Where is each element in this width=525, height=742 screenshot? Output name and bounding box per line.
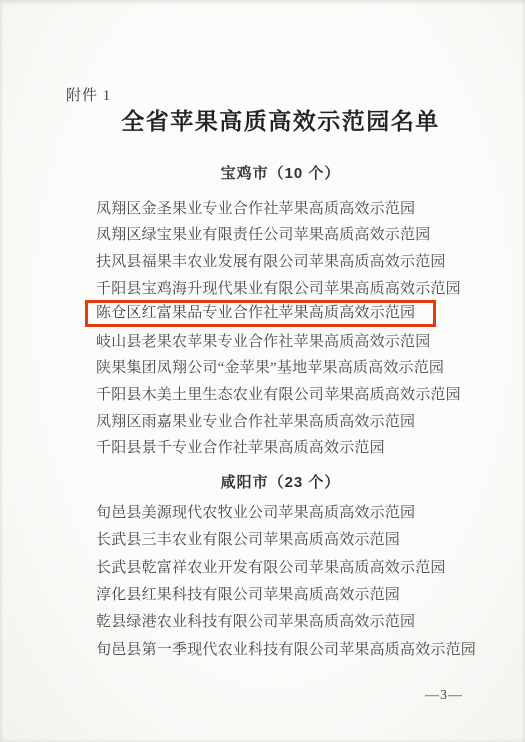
list-item-text: 凤翔区雨嘉果业专业合作社苹果高质高效示范园 bbox=[96, 410, 415, 431]
list-item-text: 千阳县宝鸡海升现代果业有限公司苹果高质高效示范园 bbox=[96, 277, 461, 298]
list-item: 旬邑县美源现代农牧业公司苹果高质高效示范园 bbox=[96, 498, 505, 525]
list-item: 乾县绿港农业科技有限公司苹果高质高效示范园 bbox=[96, 607, 505, 634]
list-item-text: 凤翔区金圣果业专业合作社苹果高质高效示范园 bbox=[96, 197, 415, 218]
list-item: 凤翔区金圣果业专业合作社苹果高质高效示范园 bbox=[96, 194, 505, 221]
scanned-document-page: 附件 1 全省苹果高质高效示范园名单 宝鸡市（10 个） 凤翔区金圣果业专业合作… bbox=[0, 0, 525, 742]
list-item: 千阳县木美土里生态农业有限公司苹果高质高效示范园 bbox=[96, 380, 505, 407]
list-item: 长武县乾富祥农业开发有限公司苹果高质高效示范园 bbox=[96, 553, 505, 580]
list-item-text: 千阳县景千专业合作社苹果高质高效示范园 bbox=[96, 436, 385, 457]
list-item: 凤翔区雨嘉果业专业合作社苹果高质高效示范园 bbox=[96, 407, 505, 434]
list-item-text: 淳化县红果科技有限公司苹果高质高效示范园 bbox=[96, 583, 400, 604]
highlighted-list-item: 陈仓区红富果品专业合作社苹果高质高效示范园 bbox=[96, 300, 505, 327]
list-item-text: 旬邑县美源现代农牧业公司苹果高质高效示范园 bbox=[96, 501, 415, 522]
list-item-text: 千阳县木美土里生态农业有限公司苹果高质高效示范园 bbox=[96, 383, 461, 404]
document-title: 全省苹果高质高效示范园名单 bbox=[36, 103, 525, 136]
section-heading-baoji: 宝鸡市（10 个） bbox=[36, 162, 525, 183]
list-item: 旬邑县第一季现代农业科技有限公司苹果高质高效示范园 bbox=[96, 634, 505, 661]
list-item-text: 乾县绿港农业科技有限公司苹果高质高效示范园 bbox=[96, 610, 415, 631]
list-item-text: 陕果集团凤翔公司“金苹果”基地苹果高质高效示范园 bbox=[96, 356, 444, 377]
demonstration-park-list-xianyang: 旬邑县美源现代农牧业公司苹果高质高效示范园长武县三丰农业有限公司苹果高质高效示范… bbox=[96, 498, 505, 662]
list-item: 岐山县老果农苹果专业合作社苹果高质高效示范园 bbox=[96, 327, 505, 354]
list-item: 陕果集团凤翔公司“金苹果”基地苹果高质高效示范园 bbox=[96, 354, 505, 381]
section-heading-xianyang: 咸阳市（23 个） bbox=[36, 471, 525, 492]
list-item-text: 长武县三丰农业有限公司苹果高质高效示范园 bbox=[96, 528, 400, 549]
list-item-text: 扶风县福果丰农业发展有限公司苹果高质高效示范园 bbox=[96, 250, 446, 271]
list-item: 扶风县福果丰农业发展有限公司苹果高质高效示范园 bbox=[96, 247, 505, 274]
demonstration-park-list-baoji: 凤翔区金圣果业专业合作社苹果高质高效示范园凤翔区绿宝果业有限责任公司苹果高质高效… bbox=[96, 194, 505, 460]
list-item-text: 岐山县老果农苹果专业合作社苹果高质高效示范园 bbox=[96, 330, 430, 351]
highlighted-item-text: 陈仓区红富果品专业合作社苹果高质高效示范园 bbox=[85, 300, 436, 328]
list-item: 千阳县宝鸡海升现代果业有限公司苹果高质高效示范园 bbox=[96, 274, 505, 301]
list-item: 千阳县景千专业合作社苹果高质高效示范园 bbox=[96, 433, 505, 460]
list-item-text: 旬邑县第一季现代农业科技有限公司苹果高质高效示范园 bbox=[96, 638, 476, 659]
list-item: 淳化县红果科技有限公司苹果高质高效示范园 bbox=[96, 580, 505, 607]
list-item-text: 长武县乾富祥农业开发有限公司苹果高质高效示范园 bbox=[96, 556, 446, 577]
list-item-text: 凤翔区绿宝果业有限责任公司苹果高质高效示范园 bbox=[96, 223, 430, 244]
list-item: 凤翔区绿宝果业有限责任公司苹果高质高效示范园 bbox=[96, 221, 505, 248]
attachment-label: 附件 1 bbox=[66, 84, 111, 105]
list-item: 长武县三丰农业有限公司苹果高质高效示范园 bbox=[96, 525, 505, 552]
page-number: —3— bbox=[425, 688, 463, 704]
